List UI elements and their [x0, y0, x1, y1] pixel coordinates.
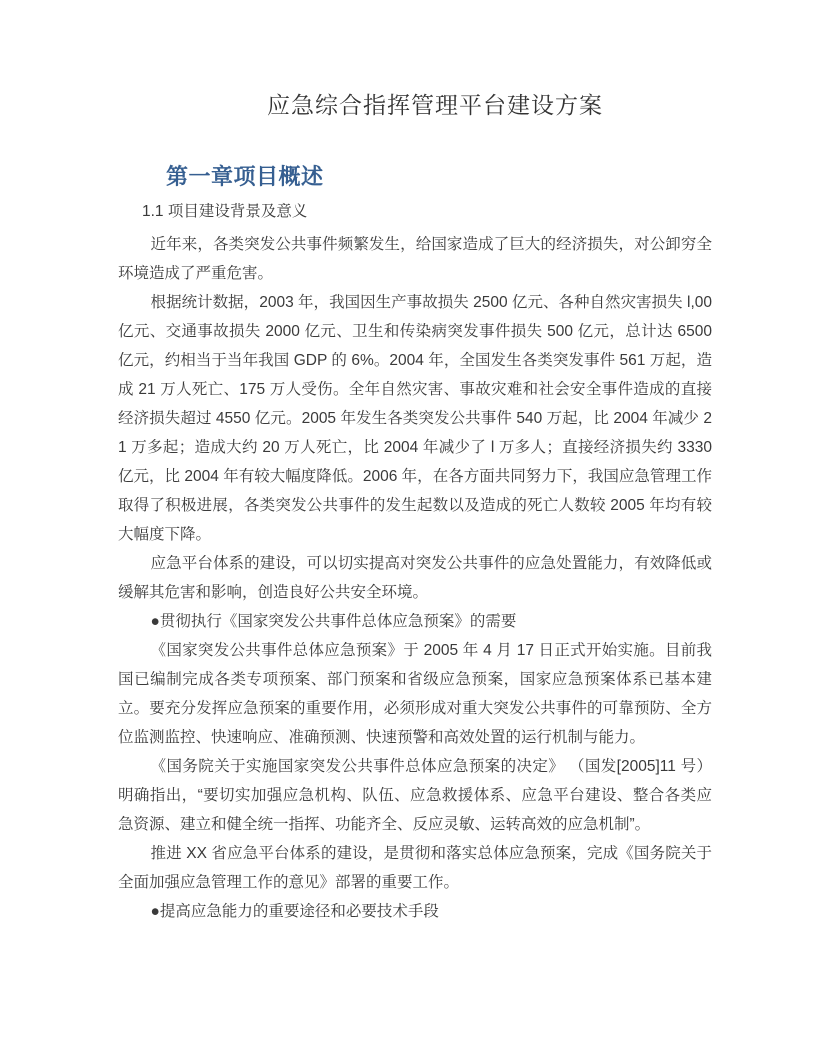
- paragraph: 应急平台体系的建设，可以切实提高对突发公共事件的应急处置能力，有效降低或缓解其危…: [118, 549, 712, 607]
- document-body: 近年来，各类突发公共事件频繁发生，给国家造成了巨大的经济损失，对公卸穷全环境造成…: [118, 230, 712, 926]
- bullet-item: ●贯彻执行《国家突发公共事件总体应急预案》的需要: [118, 607, 712, 636]
- chapter-heading: 第一章项目概述: [118, 162, 712, 192]
- document-title: 应急综合指挥管理平台建设方案: [118, 88, 712, 122]
- document-page: 应急综合指挥管理平台建设方案 第一章项目概述 1.1 项目建设背景及意义 近年来…: [0, 0, 816, 1056]
- paragraph: 近年来，各类突发公共事件频繁发生，给国家造成了巨大的经济损失，对公卸穷全环境造成…: [118, 230, 712, 288]
- paragraph: 《国家突发公共事件总体应急预案》于 2005 年 4 月 17 日正式开始实施。…: [118, 636, 712, 752]
- bullet-item: ●提高应急能力的重要途径和必要技术手段: [118, 897, 712, 926]
- paragraph: 推进 XX 省应急平台体系的建设，是贯彻和落实总体应急预案，完成《国务院关于全面…: [118, 839, 712, 897]
- paragraph: 《国务院关于实施国家突发公共事件总体应急预案的决定》 （国发[2005]11 号…: [118, 752, 712, 839]
- paragraph: 根据统计数据，2003 年，我国因生产事故损失 2500 亿元、各种自然灾害损失…: [118, 288, 712, 549]
- section-heading: 1.1 项目建设背景及意义: [118, 200, 712, 224]
